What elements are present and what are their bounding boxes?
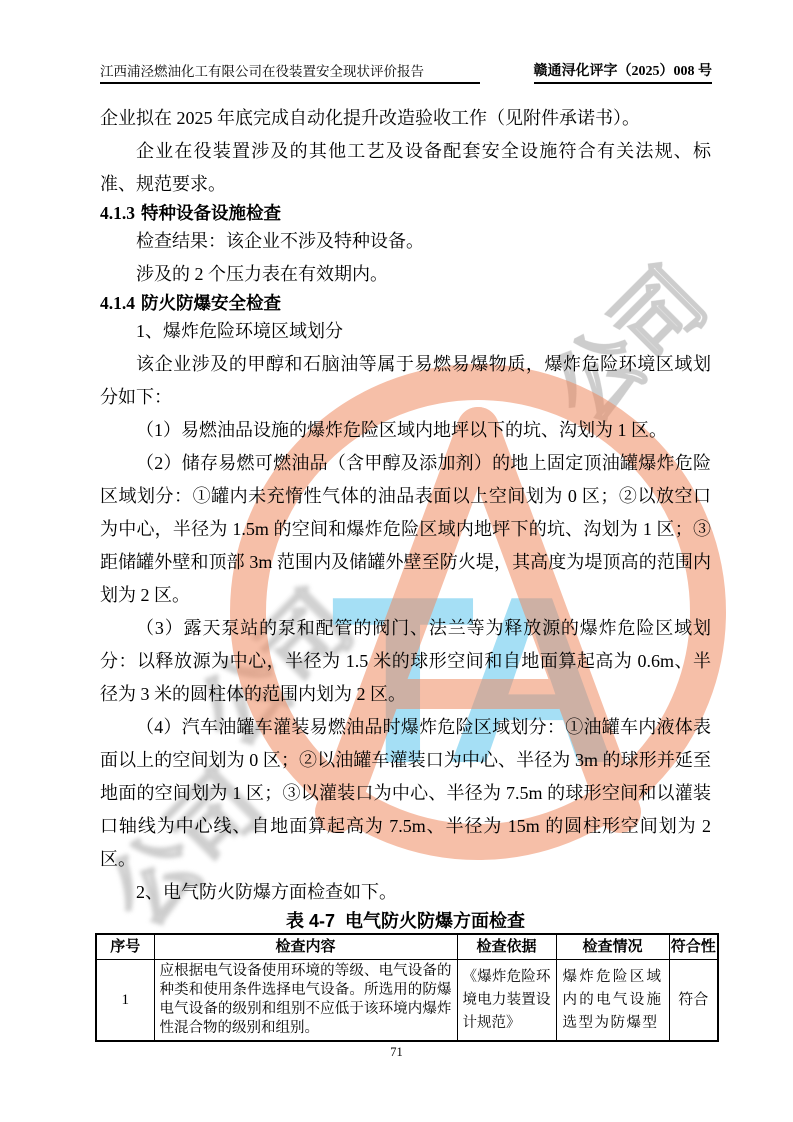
column-header-situation: 检查情况 xyxy=(556,934,669,960)
cell-row-number: 1 xyxy=(96,960,154,1042)
page-header: 江西浦泾燃油化工有限公司在役装置安全现状评价报告 赣通浔化评字（2025）008… xyxy=(100,60,712,84)
section-number: 4.1.3 xyxy=(100,203,135,223)
list-item-1: （1）易燃油品设施的爆炸危险区域内地坪以下的坑、沟划为 1 区。 xyxy=(100,414,711,447)
list-item-2: （2）储存易燃可燃油品（含甲醇及添加剂）的地上固定顶油罐爆炸危险区域划分：①罐内… xyxy=(100,447,711,612)
running-head-left: 江西浦泾燃油化工有限公司在役装置安全现状评价报告 xyxy=(100,60,480,84)
section-heading-4-1-3: 4.1.3特种设备设施检查 xyxy=(100,201,711,225)
paragraph-zone-division-title: 1、爆炸危险环境区域划分 xyxy=(100,315,711,348)
cell-check-basis: 《爆炸危险环境电力装置设计规范》 xyxy=(457,960,556,1042)
paragraph-check-result: 检查结果：该企业不涉及特种设备。 xyxy=(100,225,711,258)
table-header-row: 序号 检查内容 检查依据 检查情况 符合性 xyxy=(96,934,718,960)
paragraph-electrical-check-intro: 2、电气防火防爆方面检查如下。 xyxy=(100,876,711,909)
document-page: 江西浦泾燃油化工有限公司在役装置安全现状评价报告 赣通浔化评字（2025）008… xyxy=(0,0,793,1122)
section-title: 特种设备设施检查 xyxy=(141,203,281,223)
paragraph-zone-division-intro: 该企业涉及的甲醇和石脑油等属于易燃易爆物质，爆炸危险环境区域划分如下： xyxy=(100,348,711,414)
cell-check-content: 应根据电气设备使用环境的等级、电气设备的种类和使用条件选择电气设备。所选用的防爆… xyxy=(154,960,457,1042)
column-header-content: 检查内容 xyxy=(154,934,457,960)
page-number: 71 xyxy=(0,1045,793,1060)
paragraph-pressure-gauges: 涉及的 2 个压力表在有效期内。 xyxy=(100,258,711,291)
section-title: 防火防爆安全检查 xyxy=(141,293,281,313)
paragraph-automation-commitment: 企业拟在 2025 年底完成自动化提升改造验收工作（见附件承诺书）。 xyxy=(100,102,711,135)
document-body: 企业拟在 2025 年底完成自动化提升改造验收工作（见附件承诺书）。 企业在役装… xyxy=(100,102,711,1042)
column-header-basis: 检查依据 xyxy=(457,934,556,960)
cell-conformity: 符合 xyxy=(669,960,718,1042)
paragraph-other-facilities: 企业在役装置涉及的其他工艺及设备配套安全设施符合有关法规、标准、规范要求。 xyxy=(100,135,711,201)
section-heading-4-1-4: 4.1.4防火防爆安全检查 xyxy=(100,291,711,315)
cell-check-situation: 爆炸危险区域内的电气设施选型为防爆型 xyxy=(556,960,669,1042)
column-header-conformity: 符合性 xyxy=(669,934,718,960)
list-item-4: （4）汽车油罐车灌装易燃油品时爆炸危险区域划分：①油罐车内液体表面以上的空间划为… xyxy=(100,711,711,876)
table-caption-title: 电气防火防爆方面检查 xyxy=(345,911,525,931)
column-header-no: 序号 xyxy=(96,934,154,960)
running-head-doc-number: 赣通浔化评字（2025）008 号 xyxy=(534,60,713,84)
section-number: 4.1.4 xyxy=(100,293,135,313)
table-caption-number: 表 4-7 xyxy=(286,911,335,931)
list-item-3: （3）露天泵站的泵和配管的阀门、法兰等为释放源的爆炸危险区域划分：以释放源为中心… xyxy=(100,612,711,711)
table-caption: 表 4-7电气防火防爆方面检查 xyxy=(100,909,711,933)
electrical-fire-check-table: 序号 检查内容 检查依据 检查情况 符合性 1 应根据电气设备使用环境的等级、电… xyxy=(95,933,719,1042)
table-row: 1 应根据电气设备使用环境的等级、电气设备的种类和使用条件选择电气设备。所选用的… xyxy=(96,960,718,1042)
